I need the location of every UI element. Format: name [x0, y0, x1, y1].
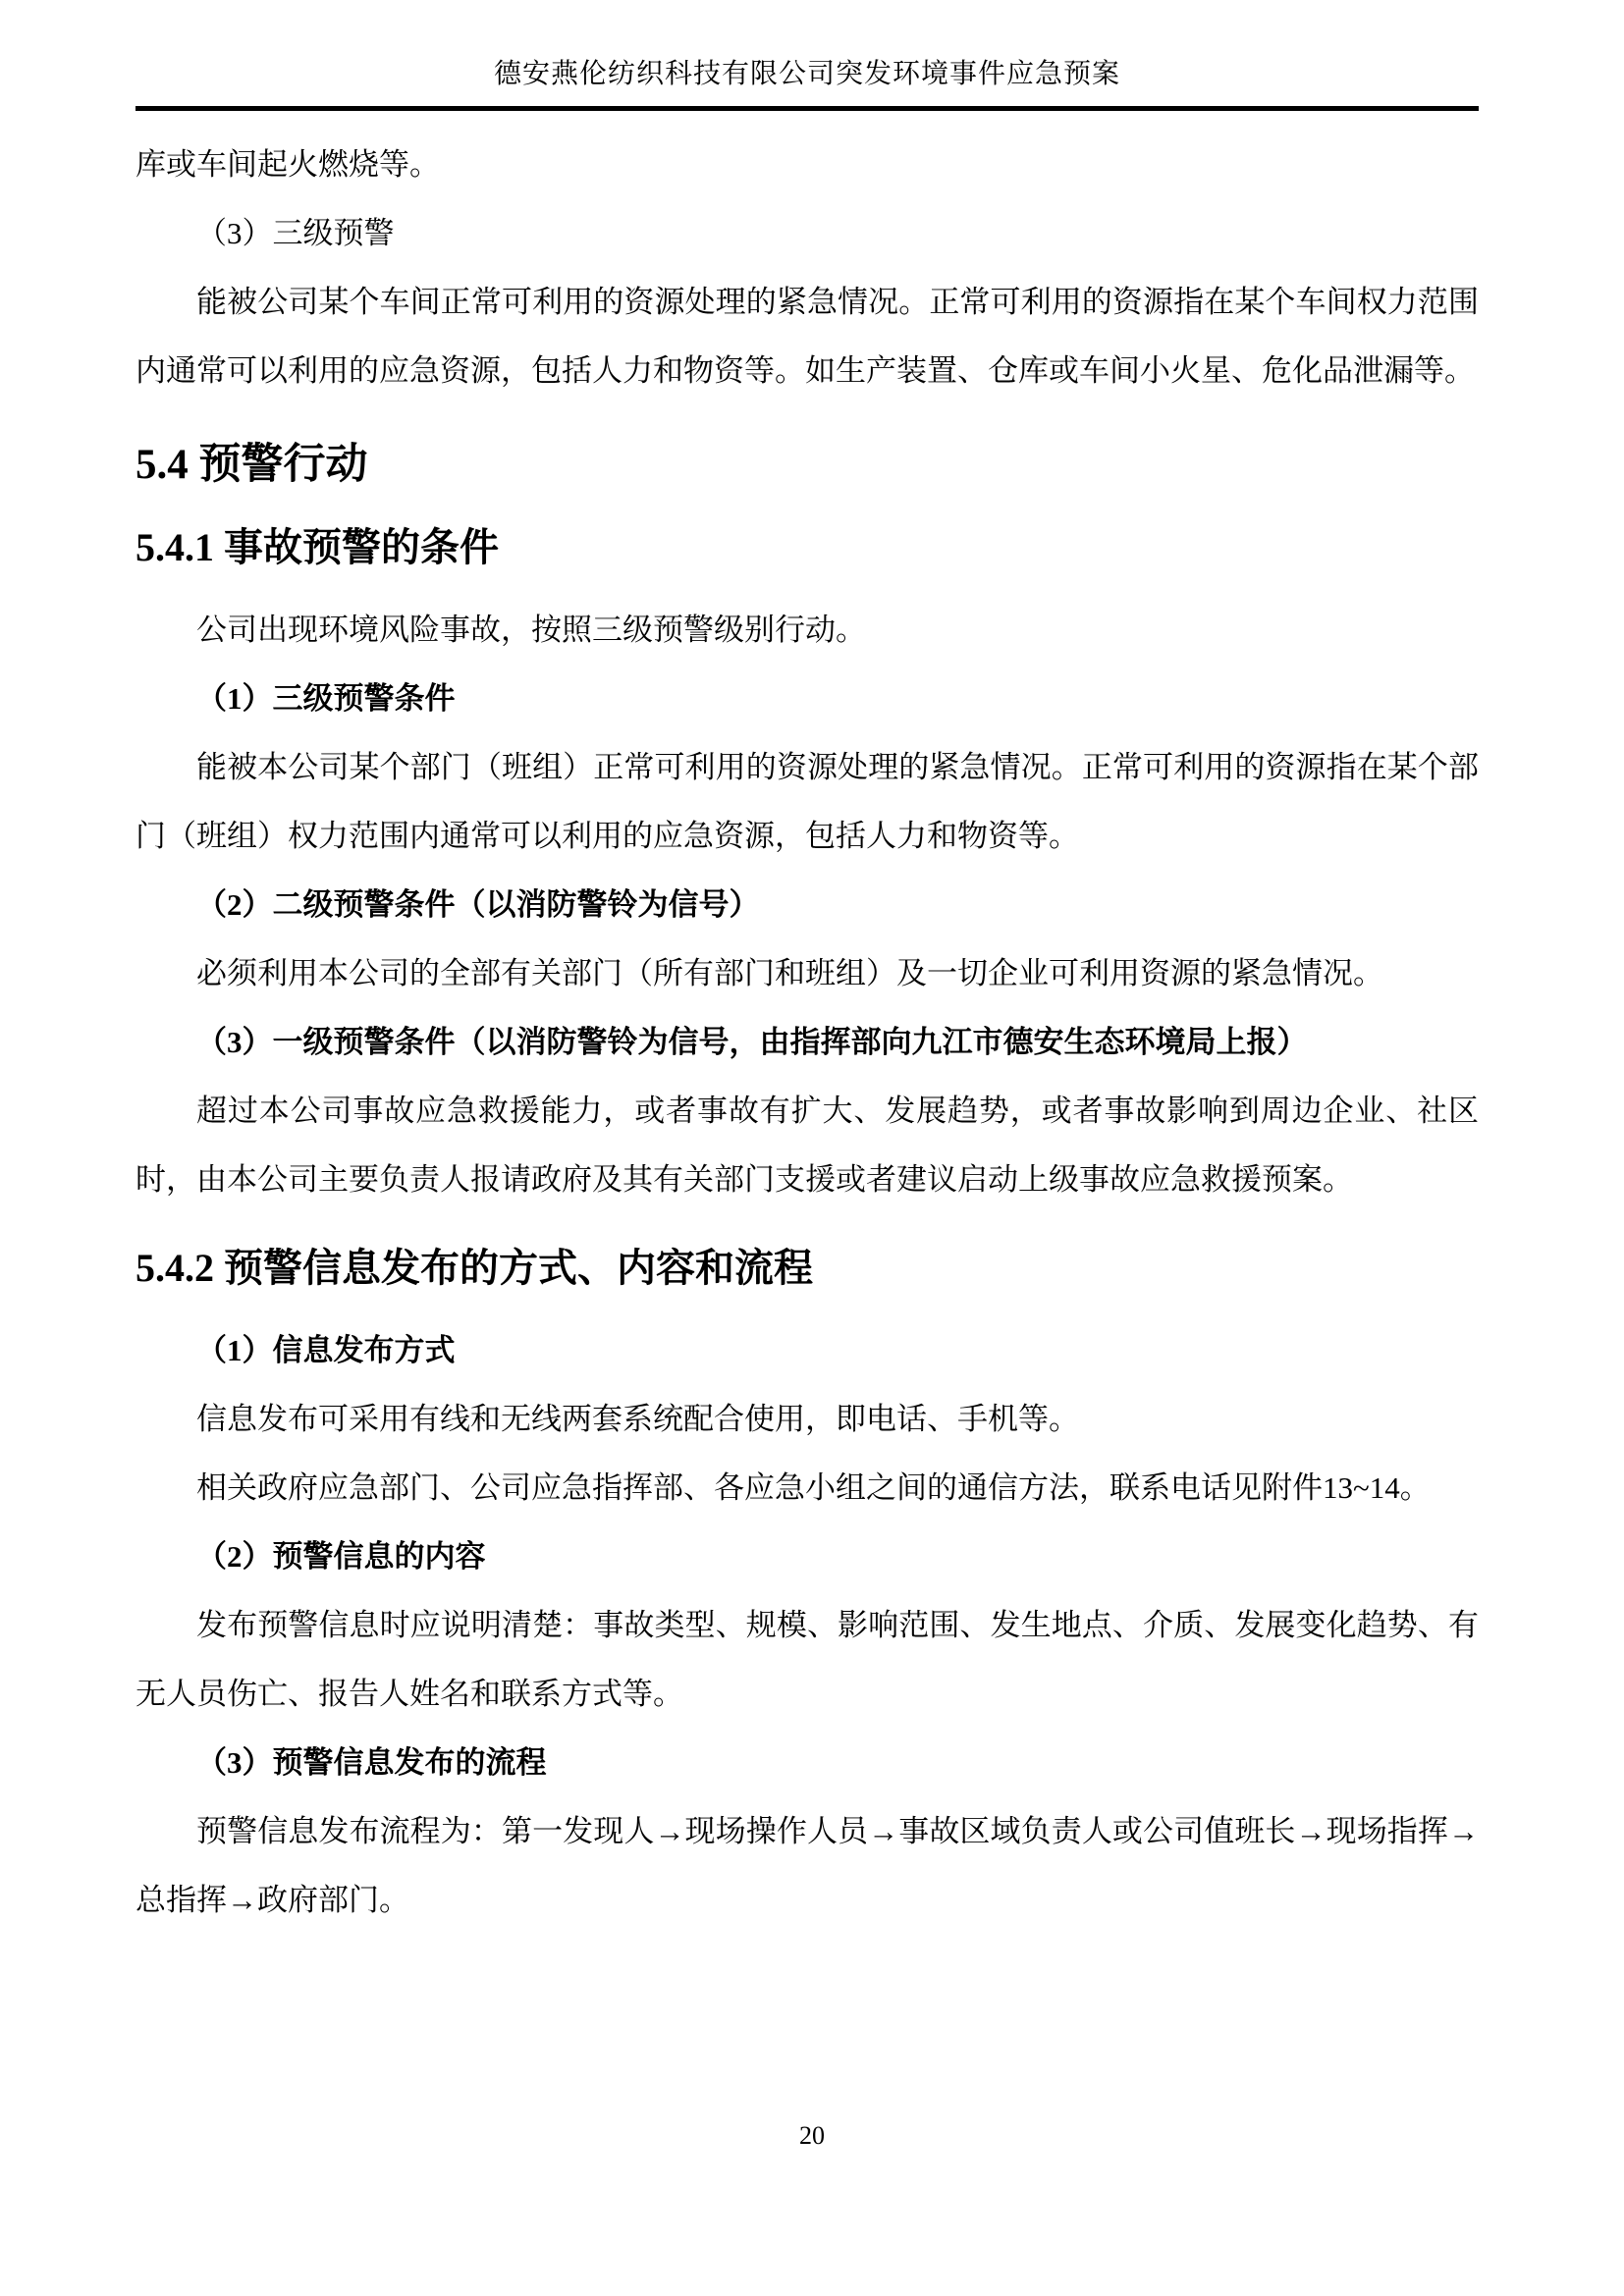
list-heading: （2）预警信息的内容	[135, 1522, 1479, 1591]
header-rule	[135, 106, 1479, 111]
list-heading: （3）三级预警	[135, 199, 1479, 268]
document-body: 库或车间起火燃烧等。（3）三级预警能被公司某个车间正常可利用的资源处理的紧急情况…	[135, 119, 1479, 1935]
paragraph: 信息发布可采用有线和无线两套系统配合使用，即电话、手机等。	[135, 1385, 1479, 1454]
section-heading: 5.4.1 事故预警的条件	[135, 521, 1479, 574]
paragraph: 能被公司某个车间正常可利用的资源处理的紧急情况。正常可利用的资源指在某个车间权力…	[135, 268, 1479, 405]
section-heading: 5.4 预警行动	[135, 437, 1479, 494]
list-heading: （2）二级预警条件（以消防警铃为信号）	[135, 871, 1479, 939]
list-heading: （3）预警信息发布的流程	[135, 1729, 1479, 1797]
paragraph: 发布预警信息时应说明清楚：事故类型、规模、影响范围、发生地点、介质、发展变化趋势…	[135, 1591, 1479, 1729]
list-heading: （3）一级预警条件（以消防警铃为信号，由指挥部向九江市德安生态环境局上报）	[135, 1008, 1479, 1077]
list-heading: （1）三级预警条件	[135, 665, 1479, 733]
paragraph: 公司出现环境风险事故，按照三级预警级别行动。	[135, 596, 1479, 665]
page-number: 20	[0, 2121, 1624, 2151]
page-header-title: 德安燕伦纺织科技有限公司突发环境事件应急预案	[135, 55, 1479, 94]
paragraph: 超过本公司事故应急救援能力，或者事故有扩大、发展趋势，或者事故影响到周边企业、社…	[135, 1077, 1479, 1214]
paragraph: 必须利用本公司的全部有关部门（所有部门和班组）及一切企业可利用资源的紧急情况。	[135, 939, 1479, 1008]
paragraph: 预警信息发布流程为：第一发现人→现场操作人员→事故区域负责人或公司值班长→现场指…	[135, 1797, 1479, 1935]
list-heading: （1）信息发布方式	[135, 1316, 1479, 1385]
section-heading: 5.4.2 预警信息发布的方式、内容和流程	[135, 1242, 1479, 1295]
paragraph: 库或车间起火燃烧等。	[135, 131, 1479, 199]
paragraph: 能被本公司某个部门（班组）正常可利用的资源处理的紧急情况。正常可利用的资源指在某…	[135, 733, 1479, 871]
document-page: 德安燕伦纺织科技有限公司突发环境事件应急预案 库或车间起火燃烧等。（3）三级预警…	[0, 0, 1624, 2296]
paragraph: 相关政府应急部门、公司应急指挥部、各应急小组之间的通信方法，联系电话见附件13~…	[135, 1454, 1479, 1522]
